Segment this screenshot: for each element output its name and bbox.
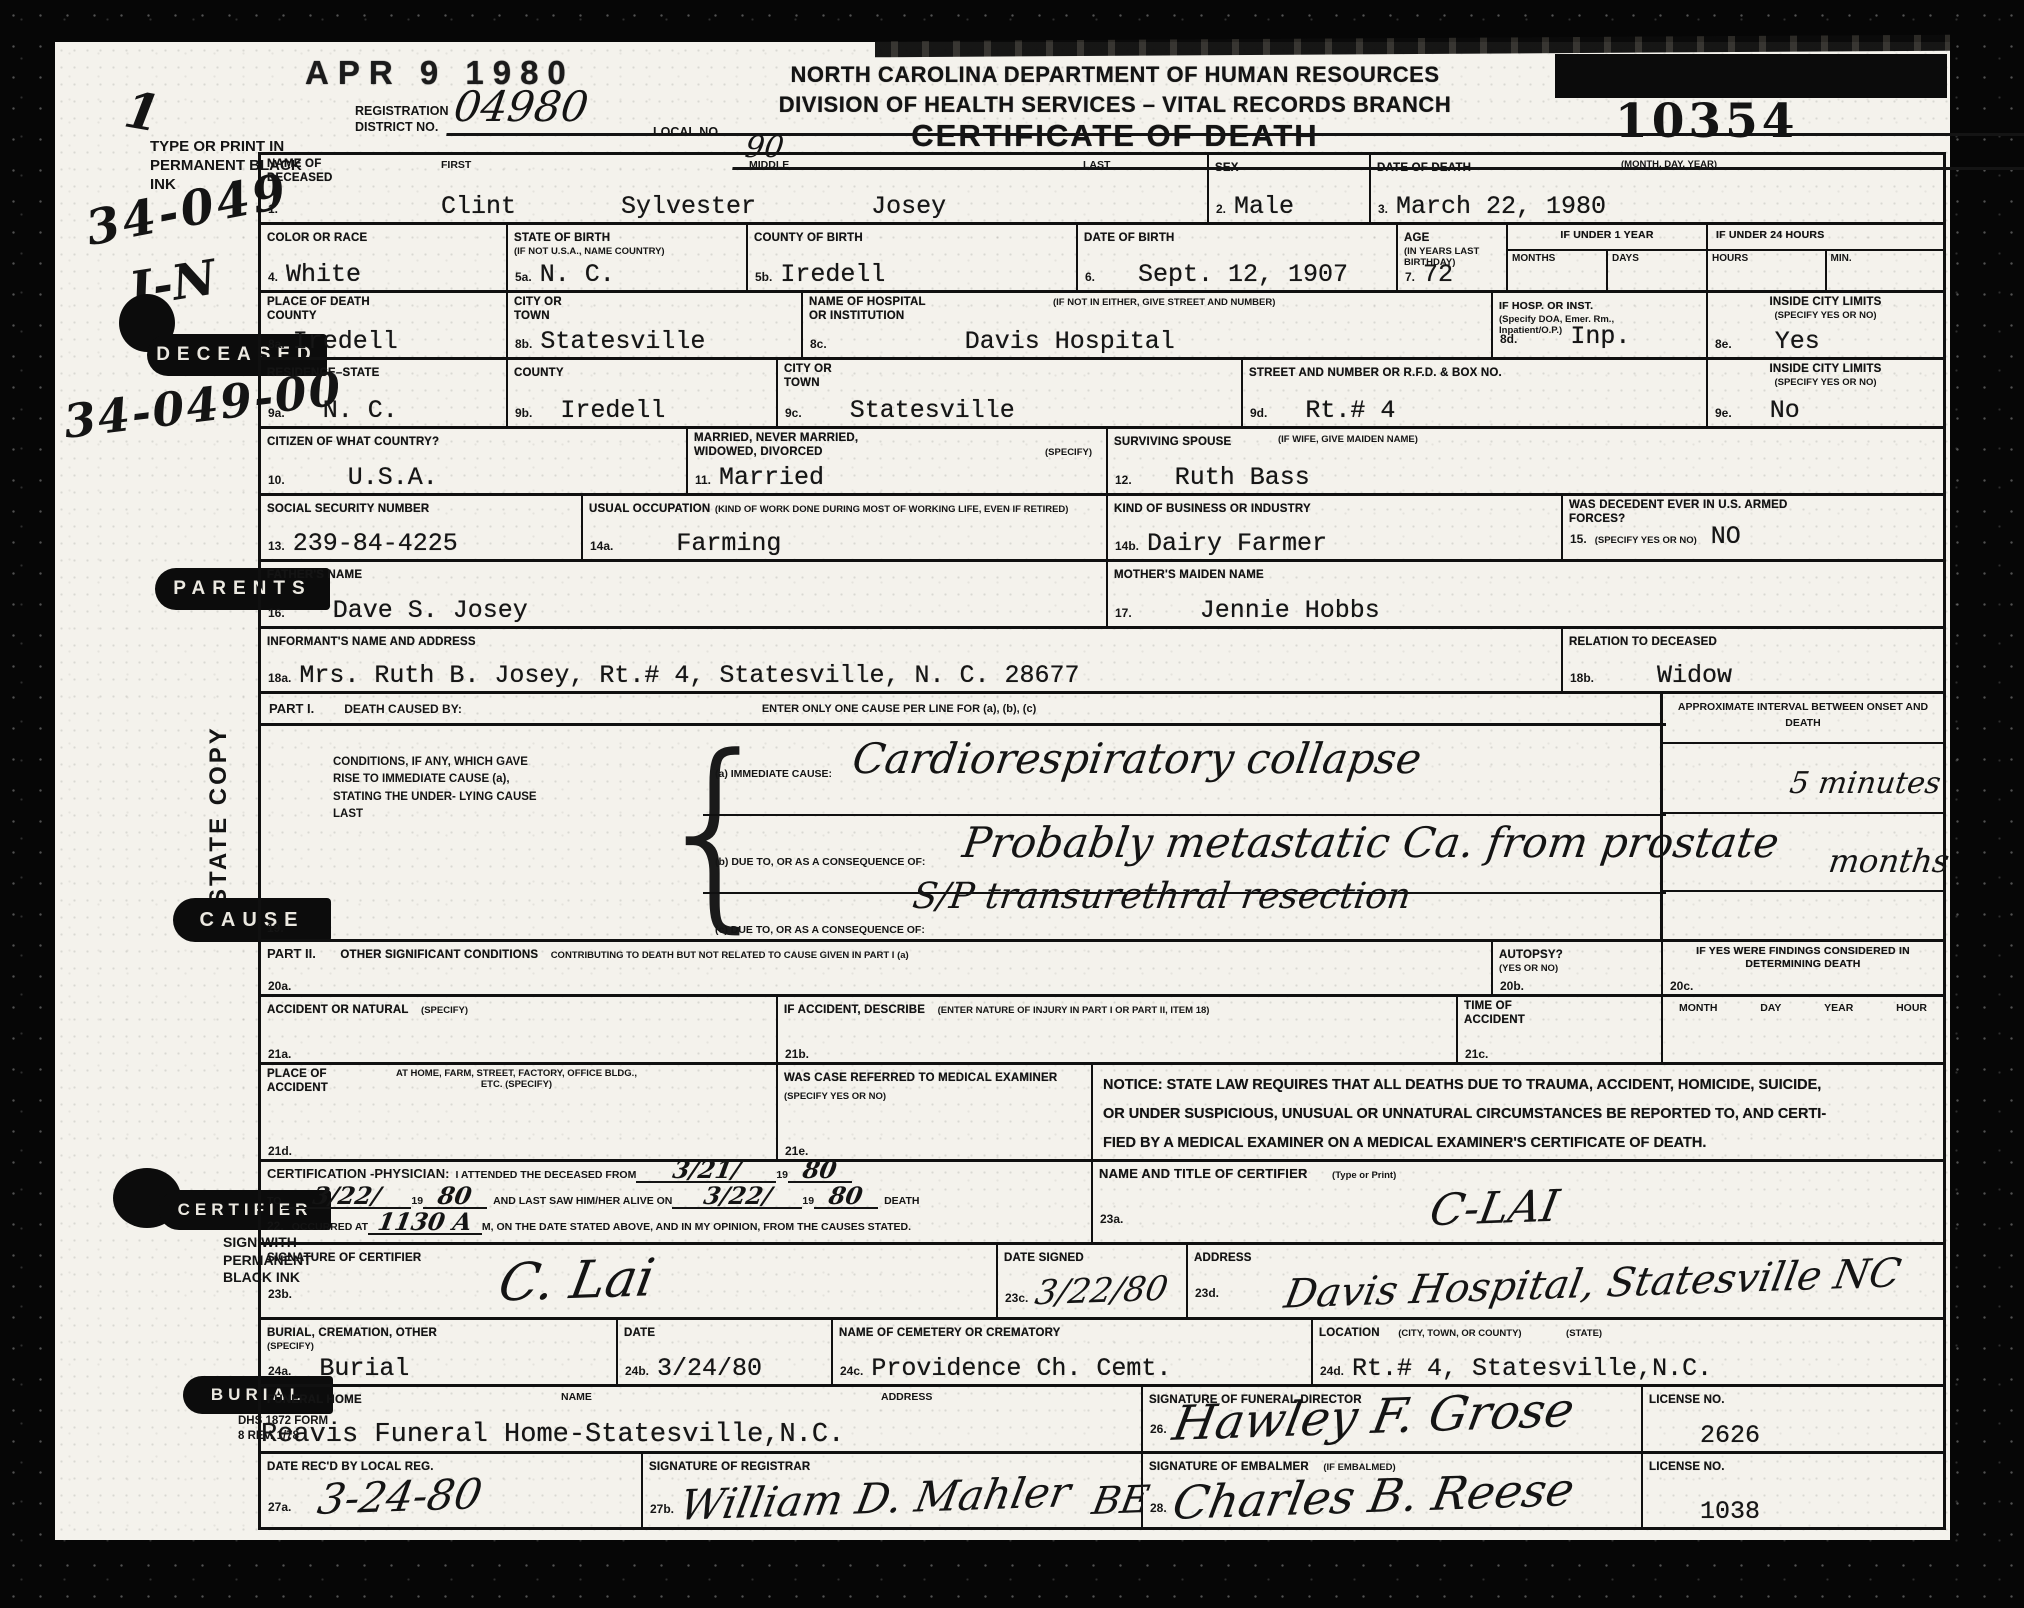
field-hosp-type: IF HOSP. OR INST. (Specify DOA, Emer. Rm…: [1493, 293, 1708, 357]
field-armed-forces: WAS DECEDENT EVER IN U.S. ARMED FORCES? …: [1563, 496, 1943, 559]
field-label: CITY OR TOWN: [514, 296, 584, 324]
item-number: 5a.: [515, 270, 532, 284]
field-embalmer-license: LICENSE NO. 1038: [1643, 1454, 1943, 1527]
row-parents: FATHER'S NAME 16.Dave S. Josey MOTHER'S …: [261, 562, 1943, 629]
field-label: NAME OF CEMETERY OR CREMATORY: [839, 1327, 1061, 1339]
field-state-of-birth: STATE OF BIRTH (IF NOT U.S.A., NAME COUN…: [508, 225, 748, 290]
death-caused-by-label: DEATH CAUSED BY:: [344, 702, 462, 716]
attended-from-date: 3/21/: [672, 1165, 741, 1175]
certifier-name-value: C-LAI: [1426, 1181, 1563, 1236]
icl-residence-value: No: [1770, 396, 1800, 425]
field-inside-city-limits-residence: INSIDE CITY LIMITS (SPECIFY YES OR NO) 9…: [1708, 360, 1943, 426]
medical-examiner-notice: NOTICE: STATE LAW REQUIRES THAT ALL DEAT…: [1093, 1065, 1943, 1159]
occurred-at-label: OCCURRED AT: [292, 1221, 368, 1233]
part1-header: PART I. DEATH CAUSED BY: ENTER ONLY ONE …: [261, 694, 1666, 726]
field-sublabel-2: (STATE): [1566, 1328, 1602, 1339]
item-number: 24a.: [268, 1364, 291, 1378]
item-number: 8a.: [268, 337, 285, 351]
field-sublabel: (ENTER NATURE OF INJURY IN PART I OR PAR…: [938, 1005, 1210, 1016]
field-sublabel: (SPECIFY): [1045, 447, 1092, 458]
field-label: LICENSE NO.: [1649, 1461, 1725, 1473]
field-relation: RELATION TO DECEASED 18b.Widow: [1563, 629, 1943, 691]
field-pod-city: CITY OR TOWN 8b.Statesville: [508, 293, 803, 357]
field-sublabel: (SPECIFY): [421, 1005, 468, 1016]
row-certifier-signature: SIGNATURE OF CERTIFIER 23b.C. Lai DATE S…: [261, 1245, 1943, 1320]
field-residence-county: COUNTY 9b.Iredell: [508, 360, 778, 426]
cemetery-value: Providence Ch. Cemt.: [871, 1354, 1171, 1383]
row-place-of-death: PLACE OF DEATH COUNTY 8a.Iredell CITY OR…: [261, 293, 1943, 360]
cause-b-value: Probably metastatic Ca. from prostate: [960, 818, 1783, 867]
field-label: NAME AND TITLE OF CERTIFIER: [1099, 1166, 1308, 1181]
attended-to-date: 3/22/: [312, 1191, 381, 1201]
row-part1-cause: PART I. DEATH CAUSED BY: ENTER ONLY ONE …: [261, 694, 1943, 942]
field-residence-city: CITY OR TOWN 9c.Statesville: [778, 360, 1243, 426]
row-birth: COLOR OR RACE 4.White STATE OF BIRTH (IF…: [261, 225, 1943, 293]
item-number: 1.: [268, 202, 278, 216]
field-label: USUAL OCCUPATION: [589, 503, 710, 515]
item-number: 8b.: [515, 337, 532, 351]
certificate-paper: APR 9 1980 REGISTRATION DISTRICT NO. 049…: [55, 42, 1950, 1540]
field-label: DATE: [624, 1327, 655, 1339]
time-of-death: 1130 A: [377, 1217, 473, 1227]
name-first: Clint: [441, 192, 516, 221]
row-informant: INFORMANT'S NAME AND ADDRESS 18a.Mrs. Ru…: [261, 629, 1943, 694]
item-number: 2.: [1216, 202, 1226, 216]
field-label: NAME OF DECEASED: [267, 158, 347, 186]
field-label: AGE: [1404, 232, 1430, 244]
item-number: 8e.: [1715, 337, 1732, 351]
field-marital-status: MARRIED, NEVER MARRIED, WIDOWED, DIVORCE…: [688, 429, 1108, 493]
burial-date-value: 3/24/80: [657, 1354, 762, 1383]
min-cell: MIN.: [1827, 251, 1944, 290]
field-label: IF ACCIDENT, DESCRIBE: [784, 1004, 925, 1016]
month-label: MONTH: [1679, 1002, 1718, 1014]
hospital-value: Davis Hospital: [965, 327, 1175, 356]
name-middle: Sylvester: [621, 192, 756, 221]
row-part2: PART II. OTHER SIGNIFICANT CONDITIONS CO…: [261, 942, 1943, 997]
field-sublabel: (SPECIFY YES OR NO): [1714, 377, 1937, 388]
field-label: SIGNATURE OF REGISTRAR: [649, 1461, 810, 1473]
race-value: White: [286, 260, 361, 289]
field-label: OTHER SIGNIFICANT CONDITIONS: [340, 949, 538, 961]
field-occupation: USUAL OCCUPATION (KIND OF WORK DONE DURI…: [583, 496, 1108, 559]
item-number: 27b.: [650, 1502, 674, 1516]
field-if-under-24-hours: IF UNDER 24 HOURS HOURS MIN.: [1708, 225, 1943, 290]
days-label: DAYS: [1612, 253, 1639, 264]
min-label: MIN.: [1831, 253, 1852, 264]
item-number: 13.: [268, 539, 285, 553]
row-accident: ACCIDENT OR NATURAL (SPECIFY) 21a. IF AC…: [261, 997, 1943, 1065]
item-number: 23a.: [1100, 1212, 1123, 1226]
registrar-signature-suffix: BE: [1089, 1477, 1153, 1523]
field-label: STREET AND NUMBER OR R.F.D. & BOX NO.: [1249, 367, 1502, 379]
item-number: 3.: [1378, 202, 1388, 216]
field-sublabel: (SPECIFY YES OR NO): [1595, 535, 1697, 546]
field-label: RELATION TO DECEASED: [1569, 636, 1717, 648]
item-number: 7.: [1405, 270, 1415, 284]
field-sublabel: (SPECIFY YES OR NO): [1714, 310, 1937, 321]
field-certifier-name: NAME AND TITLE OF CERTIFIER (Type or Pri…: [1093, 1162, 1943, 1242]
field-time-of-accident: TIME OF ACCIDENT 21c.: [1458, 997, 1663, 1062]
column-head-address: ADDRESS: [881, 1391, 932, 1403]
item-number: 20a.: [268, 979, 291, 993]
field-accident-or-natural: ACCIDENT OR NATURAL (SPECIFY) 21a.: [261, 997, 778, 1062]
field-embalmer-signature: SIGNATURE OF EMBALMER (IF EMBALMED) 28.C…: [1143, 1454, 1643, 1527]
field-sublabel: (CITY, TOWN, OR COUNTY): [1398, 1328, 1521, 1339]
armed-forces-value: NO: [1711, 522, 1741, 551]
months-label: MONTHS: [1512, 253, 1555, 264]
item-number: 24b.: [625, 1364, 649, 1378]
field-certification-physician: CERTIFICATION -PHYSICIAN: I ATTENDED THE…: [261, 1162, 1093, 1242]
year-label: YEAR: [1824, 1002, 1853, 1014]
pod-county-value: Iredell: [293, 327, 398, 356]
age-value: 72: [1423, 260, 1453, 289]
field-mother-name: MOTHER'S MAIDEN NAME 17.Jennie Hobbs: [1108, 562, 1943, 626]
field-sublabel: (Type or Print): [1332, 1170, 1396, 1181]
item-number: 10.: [268, 473, 285, 487]
cause-c-value: S/P transurethral resection: [910, 876, 1413, 917]
part1-conditions-column: CONDITIONS, IF ANY, WHICH GAVE RISE TO I…: [261, 726, 703, 939]
item-number: 9d.: [1250, 406, 1267, 420]
row-ssn-occupation: SOCIAL SECURITY NUMBER 13.239-84-4225 US…: [261, 496, 1943, 562]
field-value: 1. Clint Sylvester Josey: [268, 192, 1203, 221]
field-date-signed: DATE SIGNED 23c.3/22/80: [998, 1245, 1188, 1317]
field-label: CITY OR TOWN: [784, 363, 854, 391]
column-head-name: NAME: [561, 1391, 592, 1403]
field-sublabel: (SPECIFY YES OR NO): [784, 1091, 886, 1102]
field-label: COLOR OR RACE: [267, 232, 367, 244]
field-funeral-director-signature: SIGNATURE OF FUNERAL DIRECTOR 26.Hawley …: [1143, 1387, 1643, 1451]
date-signed-value: 3/22/80: [1032, 1269, 1171, 1314]
item-number: 9e.: [1715, 406, 1732, 420]
field-label: IF YES WERE FINDINGS CONSIDERED IN DETER…: [1669, 945, 1937, 970]
item-number: 14b.: [1115, 539, 1139, 553]
field-funeral-director-license: LICENSE NO. 2626: [1643, 1387, 1943, 1451]
last-saw-alive-label: AND LAST SAW HIM/HER ALIVE ON: [493, 1195, 672, 1207]
field-county-of-birth: COUNTY OF BIRTH 5b.Iredell: [748, 225, 1078, 290]
part1-cause-lines: (a) IMMEDIATE CAUSE: Cardiorespiratory c…: [703, 726, 1666, 939]
field-sublabel: (IF WIFE, GIVE MAIDEN NAME): [1278, 434, 1418, 445]
field-label: LOCATION: [1319, 1327, 1380, 1339]
registration-district-value: 04980: [446, 82, 2024, 136]
hours-label: HOURS: [1712, 253, 1748, 264]
field-sublabel: CONTRIBUTING TO DEATH BUT NOT RELATED TO…: [551, 950, 909, 961]
field-medical-examiner-referral: WAS CASE REFERRED TO MEDICAL EXAMINER (S…: [778, 1065, 1093, 1159]
under-24-hours-subcells: HOURS MIN.: [1708, 249, 1943, 290]
field-industry: KIND OF BUSINESS OR INDUSTRY 14b.Dairy F…: [1108, 496, 1563, 559]
field-place-of-death-county: PLACE OF DEATH COUNTY 8a.Iredell: [261, 293, 508, 357]
field-ssn: SOCIAL SECURITY NUMBER 13.239-84-4225: [261, 496, 583, 559]
field-label: COUNTY: [514, 367, 564, 379]
row-place-accident-notice: PLACE OF ACCIDENT AT HOME, FARM, STREET,…: [261, 1065, 1943, 1162]
interval-a-value: 5 minutes: [1788, 766, 1943, 801]
registrar-signature-value: William D. Mahler: [676, 1467, 1074, 1529]
field-registrar-signature: SIGNATURE OF REGISTRAR 27b.William D. Ma…: [643, 1454, 1143, 1527]
field-label: IF HOSP. OR INST.: [1499, 300, 1593, 312]
burial-type-value: Burial: [319, 1354, 409, 1383]
row-burial: BURIAL, CREMATION, OTHER (SPECIFY) 24a.B…: [261, 1320, 1943, 1387]
date-of-birth-value: Sept. 12, 1907: [1138, 260, 1348, 289]
months-cell: MONTHS: [1508, 251, 1608, 290]
column-head-first: FIRST: [441, 159, 471, 171]
item-number: 21d.: [268, 1144, 292, 1158]
item-number: 20c.: [1670, 979, 1693, 993]
field-date-received: DATE REC'D BY LOCAL REG. 27a.3-24-80: [261, 1454, 643, 1527]
industry-value: Dairy Farmer: [1147, 529, 1327, 558]
field-part2-conditions: PART II. OTHER SIGNIFICANT CONDITIONS CO…: [261, 942, 1493, 994]
notice-line-1: NOTICE: STATE LAW REQUIRES THAT ALL DEAT…: [1103, 1071, 1933, 1100]
field-label: MARRIED, NEVER MARRIED, WIDOWED, DIVORCE…: [694, 432, 924, 460]
part1-interval-column: APPROXIMATE INTERVAL BETWEEN ONSET AND D…: [1660, 694, 1943, 939]
hours-cell: HOURS: [1708, 251, 1827, 290]
field-label: NAME OF HOSPITAL OR INSTITUTION: [809, 296, 939, 324]
last-alive-year: 80: [828, 1191, 863, 1201]
sex-value: Male: [1234, 192, 1294, 221]
field-label: COUNTY OF BIRTH: [754, 232, 863, 244]
relation-value: Widow: [1657, 661, 1732, 690]
field-cemetery-location: LOCATION (CITY, TOWN, OR COUNTY) (STATE)…: [1313, 1320, 1943, 1384]
field-sublabel: (IF NOT IN EITHER, GIVE STREET AND NUMBE…: [1053, 297, 1275, 308]
last-alive-date: 3/22/: [703, 1191, 772, 1201]
field-street-number: STREET AND NUMBER OR R.F.D. & BOX NO. 9d…: [1243, 360, 1708, 426]
item-number: 14a.: [590, 539, 613, 553]
cause-line-a: (a) IMMEDIATE CAUSE: Cardiorespiratory c…: [703, 726, 1666, 816]
item-number: 28.: [1150, 1501, 1167, 1515]
under-1-year-subcells: MONTHS DAYS: [1508, 249, 1706, 290]
county-of-birth-value: Iredell: [780, 260, 885, 289]
cause-b-label: (b) DUE TO, OR AS A CONSEQUENCE OF:: [715, 856, 925, 868]
field-certifier-signature: SIGNATURE OF CERTIFIER 23b.C. Lai: [261, 1245, 998, 1317]
field-if-under-1-year: IF UNDER 1 YEAR MONTHS DAYS: [1508, 225, 1708, 290]
date-of-death-value: March 22, 1980: [1396, 192, 1606, 221]
item-number: 18a.: [268, 671, 291, 685]
pod-city-value: Statesville: [540, 327, 705, 356]
opinion-clause: M, ON THE DATE STATED ABOVE, AND IN MY O…: [482, 1221, 911, 1233]
field-father-name: FATHER'S NAME 16.Dave S. Josey: [261, 562, 1108, 626]
funeral-home-value: Reavis Funeral Home-Statesville,N.C.: [261, 1420, 844, 1450]
field-residence-state: RESIDENCE–STATE 9a.N. C.: [261, 360, 508, 426]
field-date-of-birth: DATE OF BIRTH 6.Sept. 12, 1907: [1078, 225, 1398, 290]
street-value: Rt.# 4: [1305, 396, 1395, 425]
field-label: STATE OF BIRTH: [514, 232, 610, 244]
field-label: INSIDE CITY LIMITS: [1714, 296, 1937, 310]
row-registrar: DATE REC'D BY LOCAL REG. 27a.3-24-80 SIG…: [261, 1454, 1943, 1527]
field-burial-type: BURIAL, CREMATION, OTHER (SPECIFY) 24a.B…: [261, 1320, 618, 1384]
ssn-value: 239-84-4225: [293, 529, 458, 558]
certification-head: CERTIFICATION -PHYSICIAN:: [267, 1166, 449, 1181]
interval-header: APPROXIMATE INTERVAL BETWEEN ONSET AND D…: [1663, 694, 1943, 744]
informant-value: Mrs. Ruth B. Josey, Rt.# 4, Statesville,…: [299, 661, 1079, 690]
part1-label: PART I.: [269, 701, 314, 716]
field-label: FUNERAL HOME: [267, 1394, 362, 1406]
date-received-value: 3-24-80: [314, 1469, 486, 1524]
field-label: DATE SIGNED: [1004, 1252, 1084, 1264]
item-number: 8d.: [1500, 332, 1517, 346]
death-word: DEATH: [884, 1195, 919, 1207]
item-number: 12.: [1115, 473, 1132, 487]
field-label: MOTHER'S MAIDEN NAME: [1114, 569, 1264, 581]
item-number: 4.: [268, 270, 278, 284]
marital-value: Married: [719, 463, 824, 492]
conditions-note: CONDITIONS, IF ANY, WHICH GAVE RISE TO I…: [333, 754, 548, 823]
field-sublabel: (SPECIFY): [267, 1341, 610, 1352]
item-number: 6.: [1085, 270, 1095, 284]
days-cell: DAYS: [1608, 251, 1706, 290]
item-number: 27a.: [268, 1500, 291, 1514]
mother-name-value: Jennie Hobbs: [1200, 596, 1380, 625]
year-prefix: 19: [411, 1195, 423, 1207]
icl-death-value: Yes: [1775, 327, 1820, 356]
embalmer-license-value: 1038: [1700, 1497, 1760, 1526]
funeral-director-license-value: 2626: [1700, 1421, 1760, 1450]
item-number: 22.: [267, 1219, 284, 1233]
residence-city-value: Statesville: [850, 396, 1015, 425]
field-autopsy: AUTOPSY? (YES OR NO) 20b.: [1493, 942, 1663, 994]
cause-c-label: (c) DUE TO, OR AS A CONSEQUENCE OF:: [715, 924, 925, 936]
day-label: DAY: [1760, 1002, 1781, 1014]
field-accident-describe: IF ACCIDENT, DESCRIBE (ENTER NATURE OF I…: [778, 997, 1458, 1062]
attended-to-year: 80: [438, 1191, 473, 1201]
state-of-birth-value: N. C.: [540, 260, 615, 289]
item-number: 20b.: [1500, 979, 1524, 993]
field-label: IF UNDER 1 YEAR: [1508, 225, 1706, 242]
row-citizen-marital: CITIZEN OF WHAT COUNTRY? 10.U.S.A. MARRI…: [261, 429, 1943, 496]
field-inside-city-limits-death: INSIDE CITY LIMITS (SPECIFY YES OR NO) 8…: [1708, 293, 1943, 357]
item-number: 15.: [1570, 532, 1587, 546]
field-sublabel: AT HOME, FARM, STREET, FACTORY, OFFICE B…: [391, 1068, 641, 1090]
state-copy-label: STATE COPY: [205, 690, 233, 905]
field-label: KIND OF BUSINESS OR INDUSTRY: [1114, 503, 1311, 515]
residence-county-value: Iredell: [560, 396, 665, 425]
field-label: TIME OF ACCIDENT: [1464, 1000, 1554, 1028]
cemetery-location-value: Rt.# 4, Statesville,N.C.: [1352, 1354, 1712, 1383]
name-last: Josey: [871, 192, 946, 221]
item-number: 9b.: [515, 406, 532, 420]
field-place-of-accident: PLACE OF ACCIDENT AT HOME, FARM, STREET,…: [261, 1065, 778, 1159]
item-number: 8c.: [810, 337, 827, 351]
item-number: 11.: [695, 473, 711, 487]
funeral-director-signature-value: Hawley F. Grose: [1168, 1382, 1578, 1452]
residence-state-value: N. C.: [323, 396, 398, 425]
field-surviving-spouse: SURVIVING SPOUSE (IF WIFE, GIVE MAIDEN N…: [1108, 429, 1943, 493]
item-number: 5b.: [755, 270, 772, 284]
item-number: 23d.: [1195, 1286, 1219, 1300]
occupation-value: Farming: [676, 529, 781, 558]
field-label: PLACE OF DEATH COUNTY: [267, 296, 392, 324]
field-label: PLACE OF ACCIDENT: [267, 1068, 357, 1096]
field-label: SOCIAL SECURITY NUMBER: [267, 503, 429, 515]
item-number: 23c.: [1005, 1291, 1028, 1305]
field-label: FATHER'S NAME: [267, 569, 362, 581]
certifier-address-value: Davis Hospital, Statesville NC: [1281, 1250, 1904, 1317]
cause-a-label: (a) IMMEDIATE CAUSE:: [715, 768, 832, 780]
field-label: INSIDE CITY LIMITS: [1714, 363, 1937, 377]
item-number: 21a.: [268, 1047, 291, 1061]
one-cause-note: ENTER ONLY ONE CAUSE PER LINE FOR (a), (…: [762, 703, 1036, 715]
field-sublabel: (KIND OF WORK DONE DURING MOST OF WORKIN…: [715, 504, 1069, 515]
field-informant: INFORMANT'S NAME AND ADDRESS 18a.Mrs. Ru…: [261, 629, 1563, 691]
field-burial-date: DATE 24b.3/24/80: [618, 1320, 833, 1384]
local-no-value: 90: [732, 130, 2024, 170]
field-hospital: NAME OF HOSPITAL OR INSTITUTION (IF NOT …: [803, 293, 1493, 357]
scanner-background: APR 9 1980 REGISTRATION DISTRICT NO. 049…: [0, 0, 2024, 1608]
field-label: LICENSE NO.: [1649, 1394, 1725, 1406]
citizen-value: U.S.A.: [348, 463, 438, 492]
field-label: BURIAL, CREMATION, OTHER: [267, 1327, 437, 1339]
notice-line-3: FIED BY A MEDICAL EXAMINER ON A MEDICAL …: [1103, 1129, 1933, 1158]
part2-label: PART II.: [267, 946, 316, 961]
field-label: IF UNDER 24 HOURS: [1708, 225, 1943, 242]
item-number: 18b.: [1570, 671, 1594, 685]
field-findings: IF YES WERE FINDINGS CONSIDERED IN DETER…: [1663, 942, 1943, 994]
to-label: TO: [267, 1195, 281, 1207]
item-number: 16.: [268, 606, 285, 620]
attended-from-year: 80: [802, 1165, 837, 1175]
row-residence: RESIDENCE–STATE 9a.N. C. COUNTY 9b.Irede…: [261, 360, 1943, 429]
field-color-or-race: COLOR OR RACE 4.White: [261, 225, 508, 290]
field-label: SURVIVING SPOUSE: [1114, 436, 1231, 448]
row-funeral-home: FUNERAL HOME NAME ADDRESS Reavis Funeral…: [261, 1387, 1943, 1454]
interval-a: 5 minutes: [1663, 744, 1943, 814]
item-number: 24d.: [1320, 1364, 1344, 1378]
field-cemetery: NAME OF CEMETERY OR CREMATORY 24c.Provid…: [833, 1320, 1313, 1384]
item-number: 9a.: [268, 406, 285, 420]
item-number: 21c.: [1465, 1047, 1488, 1061]
item-number: 9c.: [785, 406, 802, 420]
father-name-value: Dave S. Josey: [333, 596, 528, 625]
item-number: 26.: [1150, 1422, 1167, 1436]
field-label: ACCIDENT OR NATURAL: [267, 1004, 409, 1016]
item-number: 21b.: [785, 1047, 809, 1061]
field-label: AUTOPSY?: [1499, 949, 1563, 961]
field-label: RESIDENCE–STATE: [267, 367, 379, 379]
field-certifier-address: ADDRESS 23d.Davis Hospital, Statesville …: [1188, 1245, 1943, 1317]
certificate-form: NAME OF DECEASED FIRST MIDDLE LAST 1. Cl…: [258, 152, 1946, 1530]
field-accident-time-columns: MONTH DAY YEAR HOUR: [1663, 997, 1943, 1062]
certifier-signature-value: C. Lai: [494, 1248, 659, 1313]
field-sublabel: (YES OR NO): [1499, 963, 1655, 974]
item-number: 19.: [267, 921, 284, 935]
year-prefix: 19: [776, 1169, 788, 1181]
attended-from-label: I ATTENDED THE DECEASED FROM: [455, 1169, 636, 1181]
field-sublabel: (IF NOT U.S.A., NAME COUNTRY): [514, 246, 740, 257]
field-citizen: CITIZEN OF WHAT COUNTRY? 10.U.S.A.: [261, 429, 688, 493]
spouse-value: Ruth Bass: [1175, 463, 1310, 492]
field-label: WAS CASE REFERRED TO MEDICAL EXAMINER: [784, 1072, 1057, 1084]
field-age: AGE (IN YEARS LAST BIRTHDAY) 7.72: [1398, 225, 1508, 290]
field-label: DATE OF BIRTH: [1084, 232, 1175, 244]
year-prefix: 19: [802, 1195, 814, 1207]
notice-line-2: OR UNDER SUSPICIOUS, UNUSUAL OR UNNATURA…: [1103, 1100, 1933, 1129]
margin-handwritten-1: 1: [120, 79, 165, 143]
item-number: 23b.: [268, 1287, 292, 1301]
hosp-type-value: Inp.: [1570, 322, 1630, 351]
field-label: CITIZEN OF WHAT COUNTRY?: [267, 436, 439, 448]
row-certification: CERTIFICATION -PHYSICIAN: I ATTENDED THE…: [261, 1162, 1943, 1245]
field-label: INFORMANT'S NAME AND ADDRESS: [267, 636, 476, 648]
cause-a-value: Cardiorespiratory collapse: [850, 734, 1425, 783]
item-number: 24c.: [840, 1364, 863, 1378]
item-number: 17.: [1115, 606, 1132, 620]
interval-b-value: months: [1826, 842, 1951, 880]
hour-label: HOUR: [1896, 1002, 1927, 1014]
field-funeral-home: FUNERAL HOME NAME ADDRESS Reavis Funeral…: [261, 1387, 1143, 1451]
embalmer-signature-value: Charles B. Reese: [1169, 1462, 1579, 1530]
